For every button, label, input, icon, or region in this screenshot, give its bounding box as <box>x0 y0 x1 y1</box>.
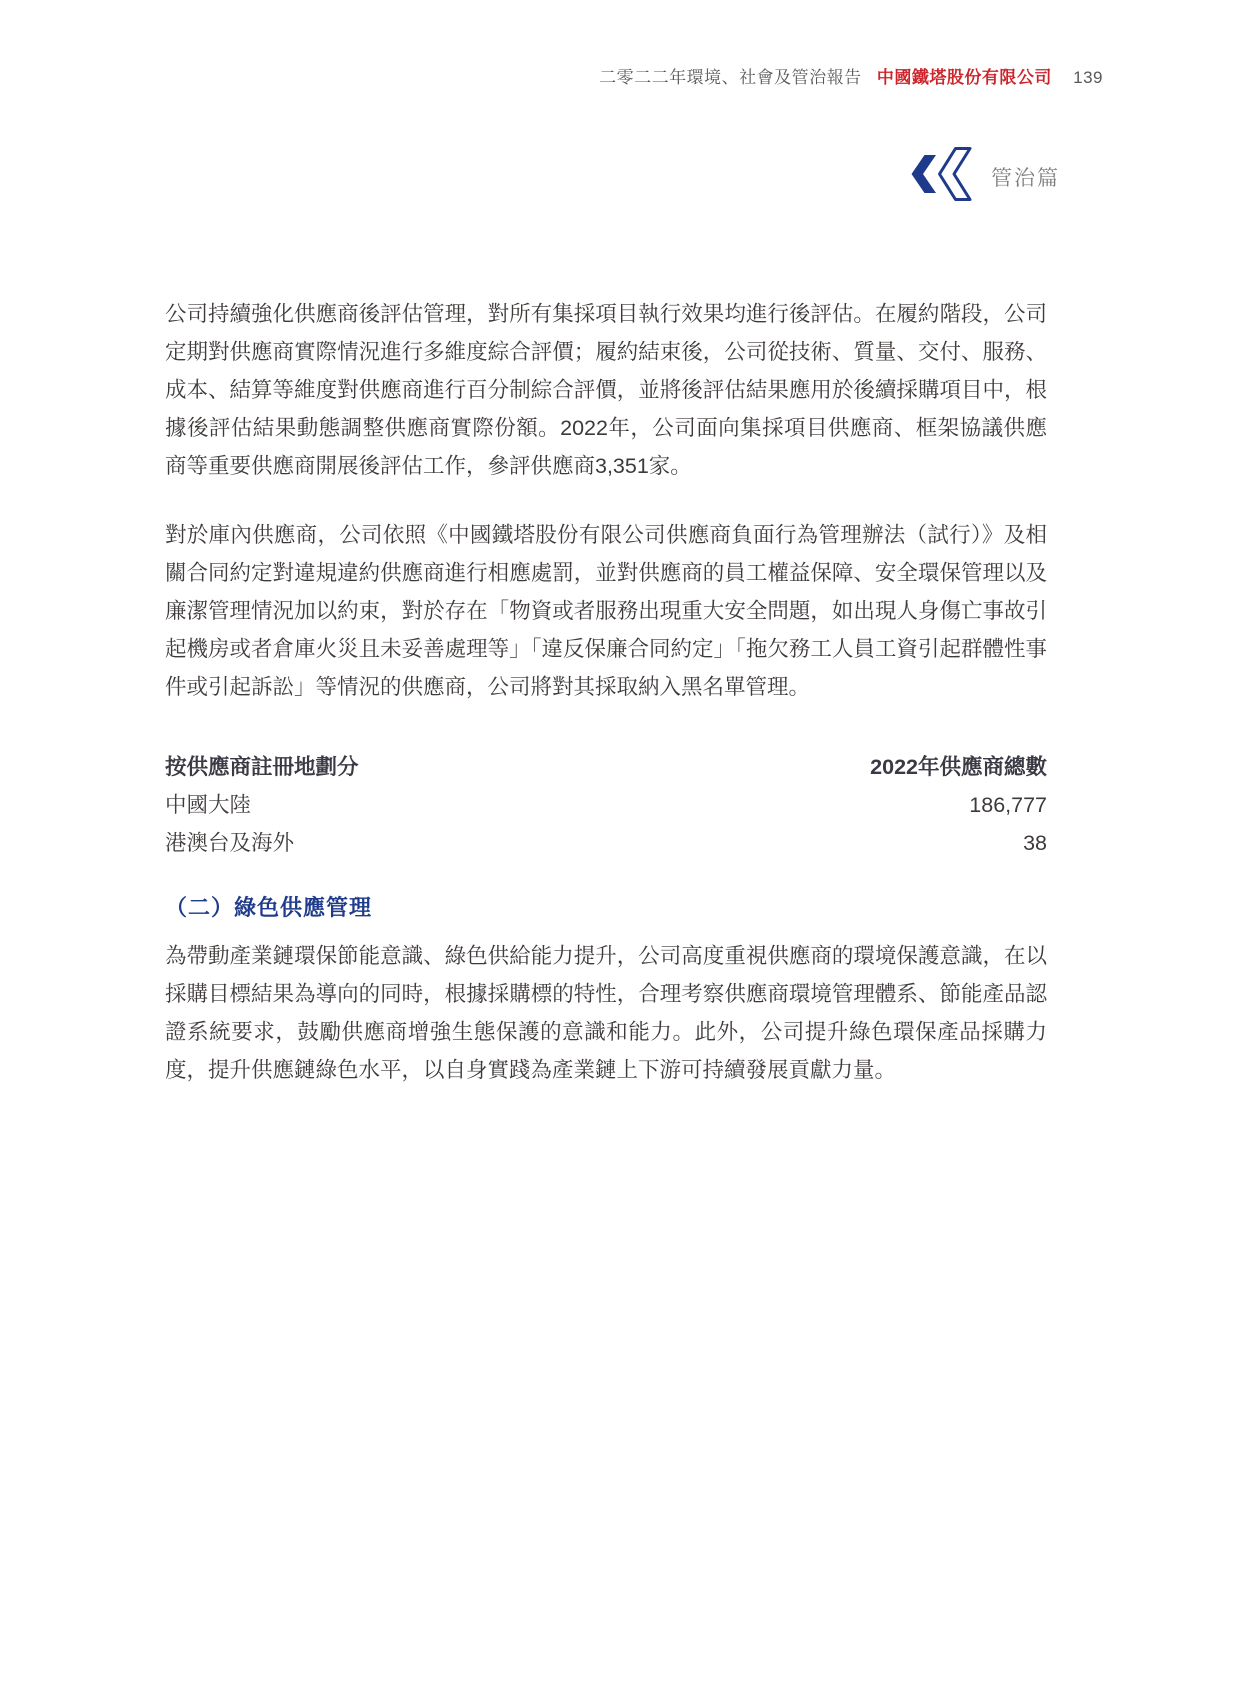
document-page: 二零二二年環境、社會及管治報告 中國鐵塔股份有限公司 139 管治篇 公司持續強… <box>0 0 1240 1682</box>
report-title: 二零二二年環境、社會及管治報告 <box>599 68 862 87</box>
table-row-overseas: 港澳台及海外 38 <box>165 824 1047 862</box>
col-header-region: 按供應商註冊地劃分 <box>165 748 359 786</box>
section-tab: 管治篇 <box>909 145 1060 208</box>
section-tab-label: 管治篇 <box>991 162 1060 192</box>
section-heading-green-supply: （二）綠色供應管理 <box>165 893 1047 923</box>
row-label: 中國大陸 <box>165 786 251 824</box>
paragraph-blacklist-management: 對於庫內供應商，公司依照《中國鐵塔股份有限公司供應商負面行為管理辦法（試行）》及… <box>165 516 1047 706</box>
page-header: 二零二二年環境、社會及管治報告 中國鐵塔股份有限公司 139 <box>599 63 1103 88</box>
col-header-total: 2022年供應商總數 <box>870 748 1047 786</box>
page-number: 139 <box>1073 68 1103 87</box>
supplier-table: 按供應商註冊地劃分 2022年供應商總數 中國大陸 186,777 港澳台及海外… <box>165 748 1047 862</box>
double-chevron-left-icon <box>909 145 975 208</box>
company-name: 中國鐵塔股份有限公司 <box>877 68 1052 87</box>
row-label: 港澳台及海外 <box>165 824 294 862</box>
paragraph-green-supply: 為帶動產業鏈環保節能意識、綠色供給能力提升，公司高度重視供應商的環境保護意識，在… <box>165 937 1047 1089</box>
supplier-table-header-row: 按供應商註冊地劃分 2022年供應商總數 <box>165 748 1047 786</box>
row-value: 38 <box>1023 824 1047 862</box>
row-value: 186,777 <box>969 786 1047 824</box>
main-content: 公司持續強化供應商後評估管理，對所有集採項目執行效果均進行後評估。在履約階段，公… <box>165 295 1047 1089</box>
paragraph-supplier-evaluation: 公司持續強化供應商後評估管理，對所有集採項目執行效果均進行後評估。在履約階段，公… <box>165 295 1047 485</box>
table-row-mainland: 中國大陸 186,777 <box>165 786 1047 824</box>
